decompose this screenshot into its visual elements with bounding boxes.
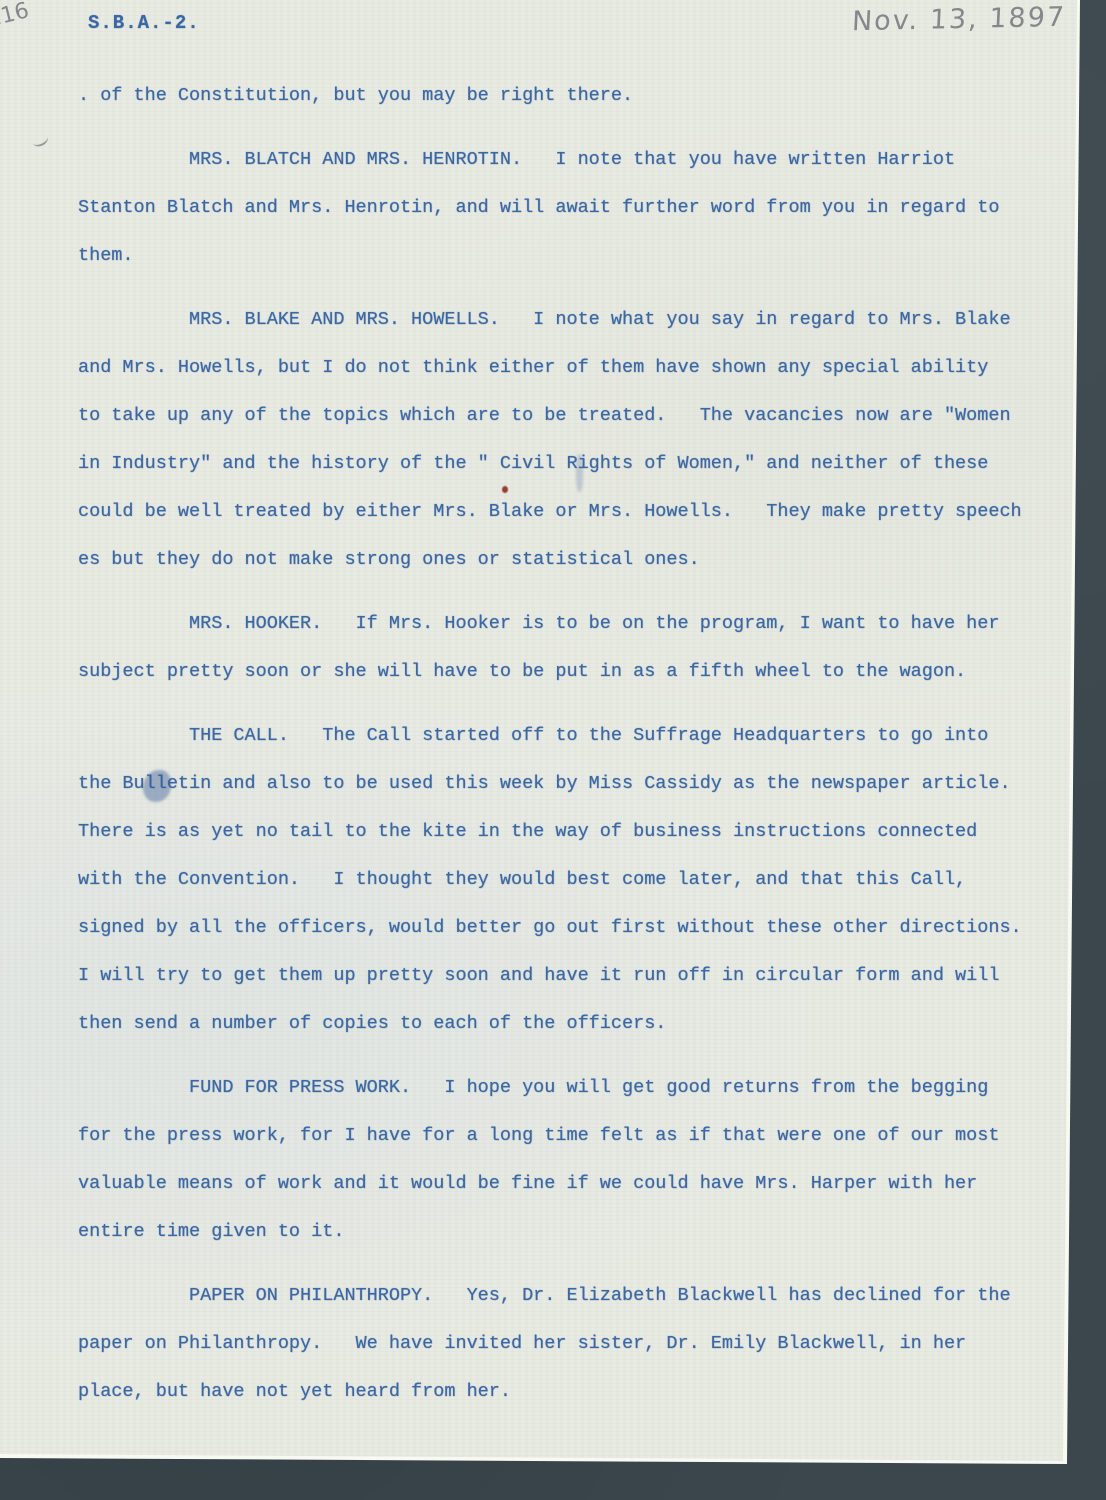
typed-line: them.	[78, 232, 1068, 280]
typed-line: Stanton Blatch and Mrs. Henrotin, and wi…	[78, 184, 1068, 232]
typed-line: the Bulletin and also to be used this we…	[78, 760, 1068, 808]
typed-line: then send a number of copies to each of …	[78, 1000, 1068, 1048]
typed-line: signed by all the officers, would better…	[78, 904, 1068, 952]
paragraph: MRS. BLAKE AND MRS. HOWELLS. I note what…	[78, 296, 1068, 584]
paragraph: FUND FOR PRESS WORK. I hope you will get…	[78, 1064, 1068, 1256]
typed-line: with the Convention. I thought they woul…	[78, 856, 1068, 904]
typed-line: subject pretty soon or she will have to …	[78, 648, 1068, 696]
red-ink-speck	[502, 486, 508, 493]
handwritten-date: Nov. 13, 1897	[851, 2, 1066, 38]
paragraph: . of the Constitution, but you may be ri…	[78, 72, 1068, 120]
paragraph: MRS. HOOKER. If Mrs. Hooker is to be on …	[78, 600, 1068, 696]
ink-smudge	[576, 454, 583, 492]
mat-background: .16 S.B.A.-2. Nov. 13, 1897 . of the Con…	[0, 0, 1106, 1500]
typed-line: to take up any of the topics which are t…	[78, 392, 1068, 440]
typed-line: and Mrs. Howells, but I do not think eit…	[78, 344, 1068, 392]
typed-line: entire time given to it.	[78, 1208, 1068, 1256]
typed-line: valuable means of work and it would be f…	[78, 1160, 1068, 1208]
typed-line: could be well treated by either Mrs. Bla…	[78, 488, 1068, 536]
typed-line: There is as yet no tail to the kite in t…	[78, 808, 1068, 856]
typed-line: es but they do not make strong ones or s…	[78, 536, 1068, 584]
typed-line: I will try to get them up pretty soon an…	[78, 952, 1068, 1000]
pencil-page-number: .16	[0, 0, 32, 31]
paragraph: PAPER ON PHILANTHROPY. Yes, Dr. Elizabet…	[78, 1272, 1068, 1416]
paragraph: MRS. BLATCH AND MRS. HENROTIN. I note th…	[78, 136, 1068, 280]
typed-body: . of the Constitution, but you may be ri…	[78, 72, 1068, 1432]
letter-page: .16 S.B.A.-2. Nov. 13, 1897 . of the Con…	[0, 0, 1106, 1500]
typed-line: FUND FOR PRESS WORK. I hope you will get…	[78, 1064, 1068, 1112]
typed-line: MRS. BLATCH AND MRS. HENROTIN. I note th…	[78, 136, 1068, 184]
paragraph: THE CALL. The Call started off to the Su…	[78, 712, 1068, 1048]
typed-line: for the press work, for I have for a lon…	[78, 1112, 1068, 1160]
pencil-mark	[30, 131, 49, 148]
typed-line: MRS. HOOKER. If Mrs. Hooker is to be on …	[78, 600, 1068, 648]
typed-page-header: S.B.A.-2.	[88, 12, 200, 34]
typed-line: in Industry" and the history of the " Ci…	[78, 440, 1068, 488]
typed-line: PAPER ON PHILANTHROPY. Yes, Dr. Elizabet…	[78, 1272, 1068, 1320]
typed-line: THE CALL. The Call started off to the Su…	[78, 712, 1068, 760]
typed-line: MRS. BLAKE AND MRS. HOWELLS. I note what…	[78, 296, 1068, 344]
typed-line: place, but have not yet heard from her.	[78, 1368, 1068, 1416]
typed-line: . of the Constitution, but you may be ri…	[78, 72, 1068, 120]
typed-line: paper on Philanthropy. We have invited h…	[78, 1320, 1068, 1368]
